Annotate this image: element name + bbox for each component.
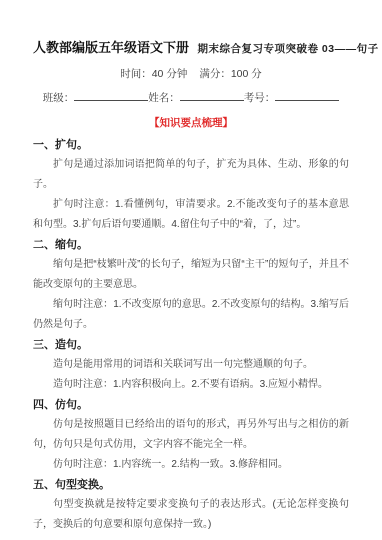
section-paragraph: 扩句是通过添加词语把简单的句子，扩充为具体、生动、形象的句子。 bbox=[33, 155, 349, 195]
id-blank bbox=[275, 89, 339, 101]
section-heading: 四、仿句。 bbox=[33, 395, 349, 415]
document-page: 人教部编版五年级语文下册 期末综合复习专项突破卷 03——句子 时间：40 分钟… bbox=[0, 0, 382, 540]
title-main: 人教部编版五年级语文下册 bbox=[33, 40, 189, 55]
section-paragraph: 句型变换就是按特定要求变换句子的表达形式。(无论怎样变换句子，变换后的句意要和原… bbox=[33, 495, 349, 535]
section-shorten-sentence: 二、缩句。 缩句是把“枝繁叶茂”的长句子，缩短为只留“主干”的短句子，并且不能改… bbox=[33, 235, 349, 335]
section-paragraph: 仿句时注意：1.内容统一。2.结构一致。3.修辞相同。 bbox=[33, 455, 349, 475]
section-paragraph: 扩句时注意：1.看懂例句，审清要求。2.不能改变句子的基本意思和句型。3.扩句后… bbox=[33, 195, 349, 235]
section-heading: 二、缩句。 bbox=[33, 235, 349, 255]
class-label: 班级： bbox=[43, 92, 75, 104]
section-paragraph: 缩句是把“枝繁叶茂”的长句子，缩短为只留“主干”的短句子，并且不能改变原句的主要… bbox=[33, 255, 349, 295]
page-title: 人教部编版五年级语文下册 期末综合复习专项突破卷 03——句子 bbox=[33, 40, 349, 57]
section-heading: 一、扩句。 bbox=[33, 135, 349, 155]
section-paragraph: 造句时注意：1.内容积极向上。2.不要有语病。3.应短小精悍。 bbox=[33, 375, 349, 395]
section-heading: 三、造句。 bbox=[33, 335, 349, 355]
student-info-line: 班级：姓名：考号： bbox=[33, 89, 349, 106]
id-label: 考号： bbox=[244, 92, 276, 104]
knowledge-points-heading: 【知识要点梳理】 bbox=[33, 115, 349, 131]
class-blank bbox=[74, 89, 148, 101]
exam-meta: 时间：40 分钟满分：100 分 bbox=[33, 66, 349, 82]
section-paragraph: 缩句时注意：1.不改变原句的意思。2.不改变原句的结构。3.缩写后仍然是句子。 bbox=[33, 295, 349, 335]
section-heading: 五、句型变换。 bbox=[33, 475, 349, 495]
name-blank bbox=[180, 89, 244, 101]
section-transform-sentence: 五、句型变换。 句型变换就是按特定要求变换句子的表达形式。(无论怎样变换句子，变… bbox=[33, 475, 349, 535]
title-sub: 期末综合复习专项突破卷 03——句子 bbox=[197, 43, 378, 55]
exam-score: 满分：100 分 bbox=[199, 68, 261, 80]
section-paragraph: 造句是能用常用的词语和关联词写出一句完整通顺的句子。 bbox=[33, 355, 349, 375]
name-label: 姓名： bbox=[148, 92, 180, 104]
section-paragraph: 仿句是按照题目已经给出的语句的形式，再另外写出与之相仿的新句，仿句只是句式仿用，… bbox=[33, 415, 349, 455]
section-expand-sentence: 一、扩句。 扩句是通过添加词语把简单的句子，扩充为具体、生动、形象的句子。 扩句… bbox=[33, 135, 349, 235]
section-make-sentence: 三、造句。 造句是能用常用的词语和关联词写出一句完整通顺的句子。 造句时注意：1… bbox=[33, 335, 349, 395]
section-imitate-sentence: 四、仿句。 仿句是按照题目已经给出的语句的形式，再另外写出与之相仿的新句，仿句只… bbox=[33, 395, 349, 475]
exam-time: 时间：40 分钟 bbox=[120, 68, 187, 80]
